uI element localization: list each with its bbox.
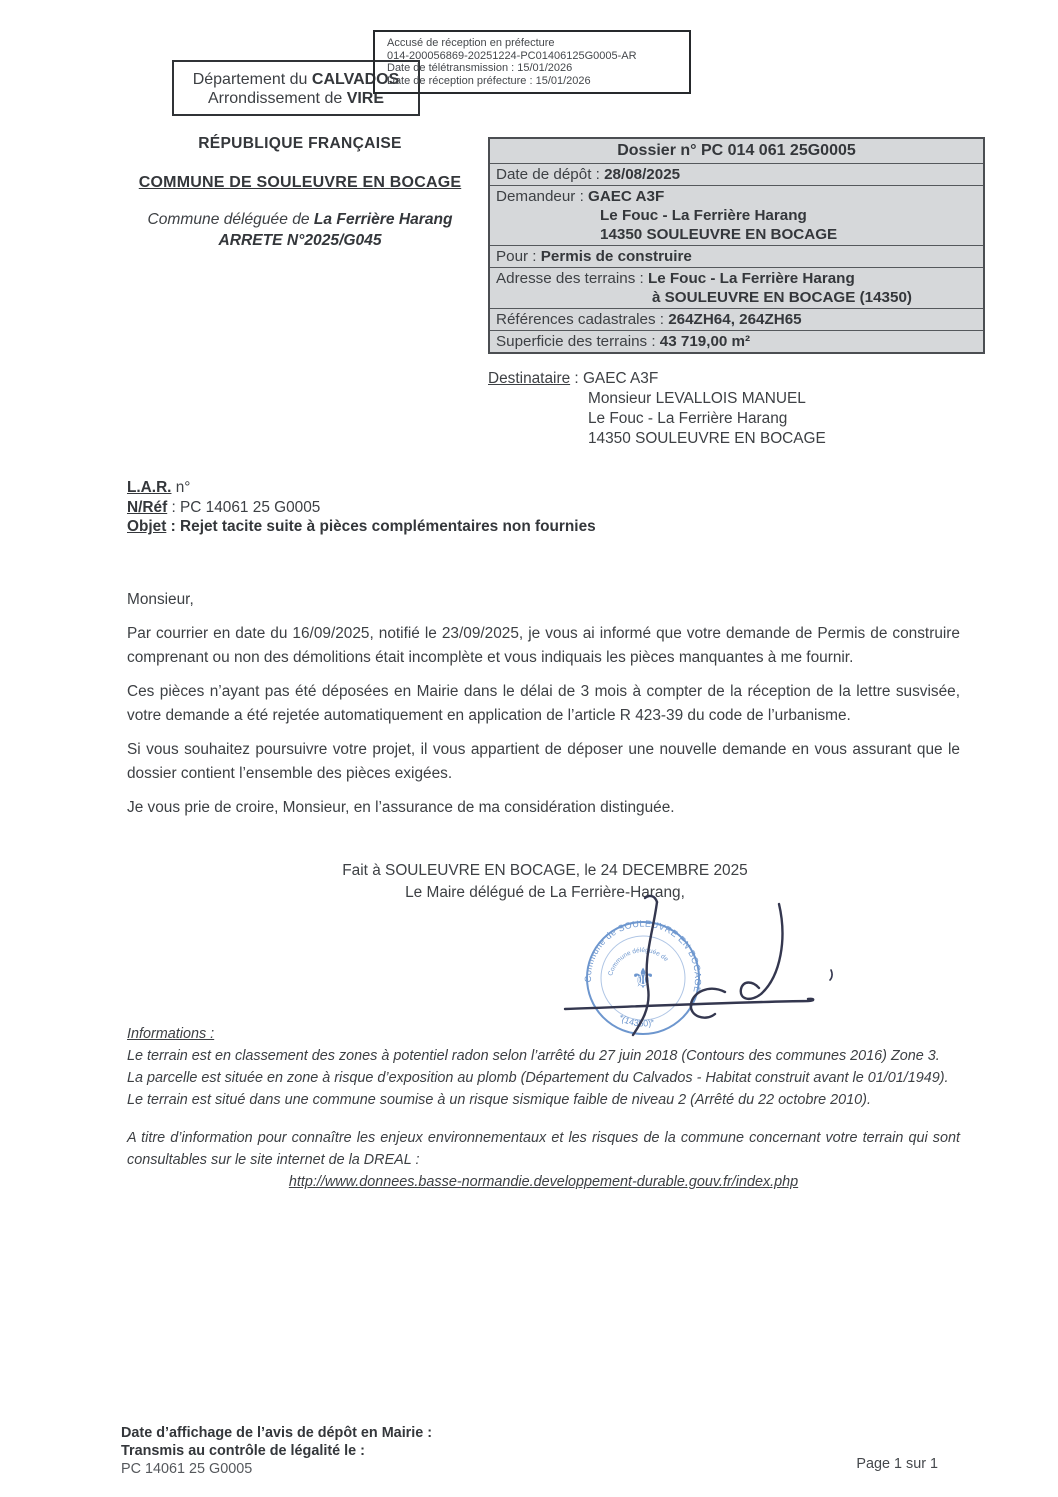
- salutation: Monsieur,: [127, 588, 960, 613]
- paragraph-4: Je vous prie de croire, Monsieur, en l’a…: [127, 796, 960, 821]
- republic-title: RÉPUBLIQUE FRANÇAISE: [110, 135, 490, 153]
- info-radon: Le terrain est en classement des zones à…: [127, 1045, 960, 1067]
- closing-place-date: Fait à SOULEUVRE EN BOCAGE, le 24 DECEMB…: [230, 860, 860, 882]
- footer-block: Date d’affichage de l’avis de dépôt en M…: [121, 1424, 821, 1478]
- reference-block: L.A.R. n° N/Réf : PC 14061 25 G0005 Obje…: [127, 478, 827, 537]
- table-row-superficie: Superficie des terrains : 43 719,00 m²: [490, 331, 983, 352]
- arrete-number: ARRETE N°2025/G045: [110, 230, 490, 251]
- prefecture-receipt-stamp: Accusé de réception en préfecture 014-20…: [373, 30, 691, 94]
- table-row-adresse: Adresse des terrains : Le Fouc - La Ferr…: [490, 268, 983, 309]
- info-sismique: Le terrain est situé dans une commune so…: [127, 1089, 960, 1111]
- table-row-depot: Date de dépôt : 28/08/2025: [490, 164, 983, 186]
- delegated-commune-line: Commune déléguée de La Ferrière Harang: [110, 209, 490, 230]
- dreal-url: http://www.donnees.basse-normandie.devel…: [127, 1171, 960, 1193]
- receipt-transmission-date: Date de télétransmission : 15/01/2026: [387, 62, 689, 75]
- footer-affichage-line: Date d’affichage de l’avis de dépôt en M…: [121, 1424, 821, 1442]
- receipt-id: 014-200056869-20251224-PC01406125G0005-A…: [387, 50, 689, 63]
- objet-line: Objet : Rejet tacite suite à pièces comp…: [127, 517, 827, 537]
- receipt-reception-date: Date de réception préfecture : 15/01/202…: [387, 75, 689, 88]
- informations-title: Informations :: [127, 1023, 960, 1045]
- page-number: Page 1 sur 1: [828, 1456, 938, 1472]
- informations-block: Informations : Le terrain est en classem…: [127, 1023, 960, 1193]
- paragraph-3: Si vous souhaitez poursuivre votre proje…: [127, 738, 960, 787]
- seal-and-signature: Commune de SOULEUVRE EN BOCAGE Commune d…: [553, 888, 843, 1040]
- paragraph-1: Par courrier en date du 16/09/2025, noti…: [127, 622, 960, 671]
- footer-controle-line: Transmis au contrôle de légalité le :: [121, 1442, 821, 1460]
- nref-line: N/Réf : PC 14061 25 G0005: [127, 498, 827, 518]
- dossier-table-title: Dossier n° PC 014 061 25G0005: [490, 139, 983, 164]
- table-row-demandeur: Demandeur : GAEC A3F Le Fouc - La Ferriè…: [490, 186, 983, 246]
- commune-title: COMMUNE DE SOULEUVRE EN BOCAGE: [110, 174, 490, 192]
- dossier-table: Dossier n° PC 014 061 25G0005 Date de dé…: [488, 137, 985, 354]
- table-row-cadastre: Références cadastrales : 264ZH64, 264ZH6…: [490, 309, 983, 331]
- letter-body: Monsieur, Par courrier en date du 16/09/…: [127, 588, 960, 829]
- seal-emblem-icon: ⚜: [630, 963, 655, 994]
- footer-dossier-ref: PC 14061 25 G0005: [121, 1460, 821, 1478]
- lar-line: L.A.R. n°: [127, 478, 827, 498]
- receipt-title: Accusé de réception en préfecture: [387, 37, 689, 50]
- info-dreal: A titre d’information pour connaître les…: [127, 1127, 960, 1171]
- paragraph-2: Ces pièces n’ayant pas été déposées en M…: [127, 680, 960, 729]
- letterhead: RÉPUBLIQUE FRANÇAISE COMMUNE DE SOULEUVR…: [110, 135, 490, 251]
- info-plomb: La parcelle est située en zone à risque …: [127, 1067, 960, 1089]
- destinataire-block: Destinataire : GAEC A3F Monsieur LEVALLO…: [488, 369, 958, 449]
- table-row-pour: Pour : Permis de construire: [490, 246, 983, 268]
